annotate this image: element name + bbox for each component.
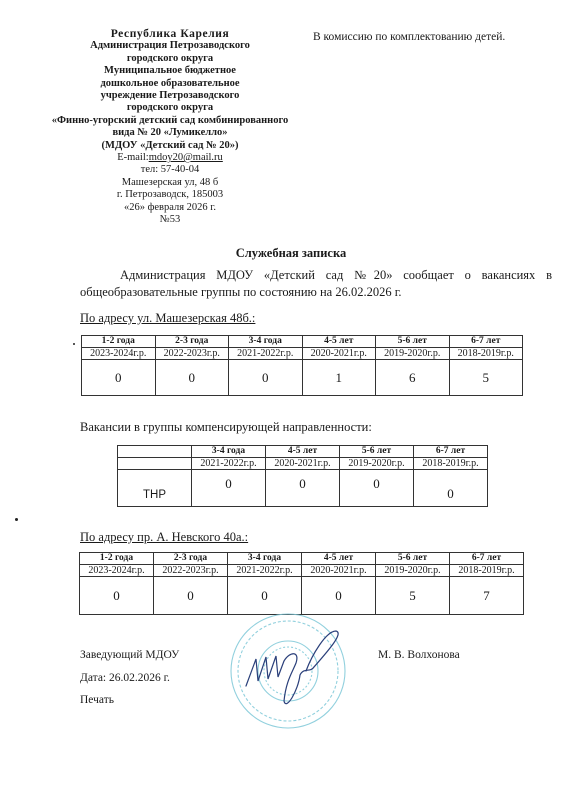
vacancy-count: 0 xyxy=(340,470,414,507)
table-row-years: 2023-2024г.р. 2022-2023г.р. 2021-2022г.р… xyxy=(80,565,524,577)
age-cell: 2-3 года xyxy=(155,336,229,348)
letterhead-line: дошкольное образовательное xyxy=(44,78,296,90)
year-cell: 2019-2020г.р. xyxy=(376,565,450,577)
section1-table: 1-2 года 2-3 года 3-4 года 4-5 лет 5-6 л… xyxy=(81,335,523,396)
vacancy-count: 0 xyxy=(154,577,228,615)
year-cell: 2018-2019г.р. xyxy=(414,458,488,470)
letterhead-phone: тел: 57-40-04 xyxy=(44,164,296,176)
age-cell: 3-4 года xyxy=(228,553,302,565)
addressee: В комиссию по комплектованию детей. xyxy=(313,31,505,43)
vacancy-count: 0 xyxy=(229,360,303,396)
official-stamp-icon xyxy=(228,611,348,731)
footer-seal-label: Печать xyxy=(80,694,114,706)
footer-position: Заведующий МДОУ xyxy=(80,649,179,661)
email-label: E-mail: xyxy=(117,152,149,163)
age-cell: 4-5 лет xyxy=(302,553,376,565)
year-cell: 2023-2024г.р. xyxy=(82,348,156,360)
letterhead: Республика Карелия Администрация Петроза… xyxy=(44,28,296,227)
vacancy-count: 6 xyxy=(376,360,450,396)
letterhead-date: «26» февраля 2026 г. xyxy=(44,202,296,214)
year-cell: 2022-2023г.р. xyxy=(154,565,228,577)
year-cell: 2018-2019г.р. xyxy=(449,348,523,360)
letterhead-line: «Финно-угорский детский сад комбинирован… xyxy=(44,115,296,127)
year-cell: 2021-2022г.р. xyxy=(192,458,266,470)
age-cell: 4-5 лет xyxy=(302,336,376,348)
age-cell: 6-7 лет xyxy=(450,553,524,565)
year-cell: 2022-2023г.р. xyxy=(155,348,229,360)
age-cell: 5-6 лет xyxy=(340,446,414,458)
footer-date: Дата: 26.02.2026 г. xyxy=(80,672,170,684)
letterhead-line: Муниципальное бюджетное xyxy=(44,65,296,77)
email-link[interactable]: mdoy20@mail.ru xyxy=(149,152,223,163)
letterhead-city: г. Петрозаводск, 185003 xyxy=(44,189,296,201)
vacancy-count: 0 xyxy=(82,360,156,396)
age-cell: 5-6 лет xyxy=(376,553,450,565)
year-cell: 2018-2019г.р. xyxy=(450,565,524,577)
vacancy-count: 0 xyxy=(414,470,488,507)
age-cell: 2-3 года xyxy=(154,553,228,565)
section1-heading: По адресу ул. Машезерская 48б.: xyxy=(80,311,255,326)
scan-speck xyxy=(73,343,75,345)
table-row-ages: 1-2 года 2-3 года 3-4 года 4-5 лет 5-6 л… xyxy=(82,336,523,348)
age-cell: 1-2 года xyxy=(80,553,154,565)
age-cell: 3-4 года xyxy=(192,446,266,458)
letterhead-line: городского округа xyxy=(44,102,296,114)
vacancy-count: 0 xyxy=(266,470,340,507)
table-row-years: 2021-2022г.р. 2020-2021г.р. 2019-2020г.р… xyxy=(118,458,488,470)
table-row-values: 0 0 0 1 6 5 xyxy=(82,360,523,396)
age-cell: 3-4 года xyxy=(229,336,303,348)
vacancy-count: 0 xyxy=(228,577,302,615)
vacancy-count: 5 xyxy=(449,360,523,396)
section2-table: 3-4 года 4-5 лет 5-6 лет 6-7 лет 2021-20… xyxy=(117,445,488,507)
letterhead-number: №53 xyxy=(44,214,296,226)
age-cell: 4-5 лет xyxy=(266,446,340,458)
letterhead-line: Администрация Петрозаводского xyxy=(44,40,296,52)
year-cell: 2019-2020г.р. xyxy=(340,458,414,470)
vacancy-count: 7 xyxy=(450,577,524,615)
year-cell: 2019-2020г.р. xyxy=(376,348,450,360)
vacancy-count: 5 xyxy=(376,577,450,615)
vacancy-count: 0 xyxy=(155,360,229,396)
year-cell: 2021-2022г.р. xyxy=(228,565,302,577)
section3-table: 1-2 года 2-3 года 3-4 года 4-5 лет 5-6 л… xyxy=(79,552,524,615)
age-cell: 5-6 лет xyxy=(376,336,450,348)
letterhead-line: (МДОУ «Детский сад № 20») xyxy=(44,140,296,152)
vacancy-count: 1 xyxy=(302,360,376,396)
scan-speck xyxy=(15,518,18,521)
letterhead-street: Машезерская ул, 48 б xyxy=(44,177,296,189)
year-cell: 2020-2021г.р. xyxy=(266,458,340,470)
document-title: Служебная записка xyxy=(0,246,582,261)
letterhead-line: учреждение Петрозаводского xyxy=(44,90,296,102)
signer-name: М. В. Волхонова xyxy=(378,649,460,661)
table-row-ages: 3-4 года 4-5 лет 5-6 лет 6-7 лет xyxy=(118,446,488,458)
year-cell: 2020-2021г.р. xyxy=(302,565,376,577)
year-cell: 2023-2024г.р. xyxy=(80,565,154,577)
table-row-values: ТНР 0 0 0 0 xyxy=(118,470,488,507)
section2-heading: Вакансии в группы компенсирующей направл… xyxy=(80,420,372,435)
table-row-years: 2023-2024г.р. 2022-2023г.р. 2021-2022г.р… xyxy=(82,348,523,360)
vacancy-count: 0 xyxy=(192,470,266,507)
year-cell: 2020-2021г.р. xyxy=(302,348,376,360)
letterhead-line: вида № 20 «Лумикелло» xyxy=(44,127,296,139)
age-cell: 1-2 года xyxy=(82,336,156,348)
year-cell: 2021-2022г.р. xyxy=(229,348,303,360)
letterhead-email-line: E-mail:mdoy20@mail.ru xyxy=(44,152,296,164)
vacancy-count: 0 xyxy=(302,577,376,615)
age-cell: 6-7 лет xyxy=(414,446,488,458)
letterhead-republic: Республика Карелия xyxy=(44,28,296,40)
letterhead-line: городского округа xyxy=(44,53,296,65)
vacancy-count: 0 xyxy=(80,577,154,615)
group-type-label: ТНР xyxy=(118,470,192,507)
empty-corner-cell xyxy=(118,458,192,470)
table-row-values: 0 0 0 0 5 7 xyxy=(80,577,524,615)
table-row-ages: 1-2 года 2-3 года 3-4 года 4-5 лет 5-6 л… xyxy=(80,553,524,565)
document-intro: Администрация МДОУ «Детский сад №20» соо… xyxy=(80,267,552,301)
age-cell: 6-7 лет xyxy=(449,336,523,348)
empty-corner-cell xyxy=(118,446,192,458)
section3-heading: По адресу пр. А. Невского 40а.: xyxy=(80,530,248,545)
